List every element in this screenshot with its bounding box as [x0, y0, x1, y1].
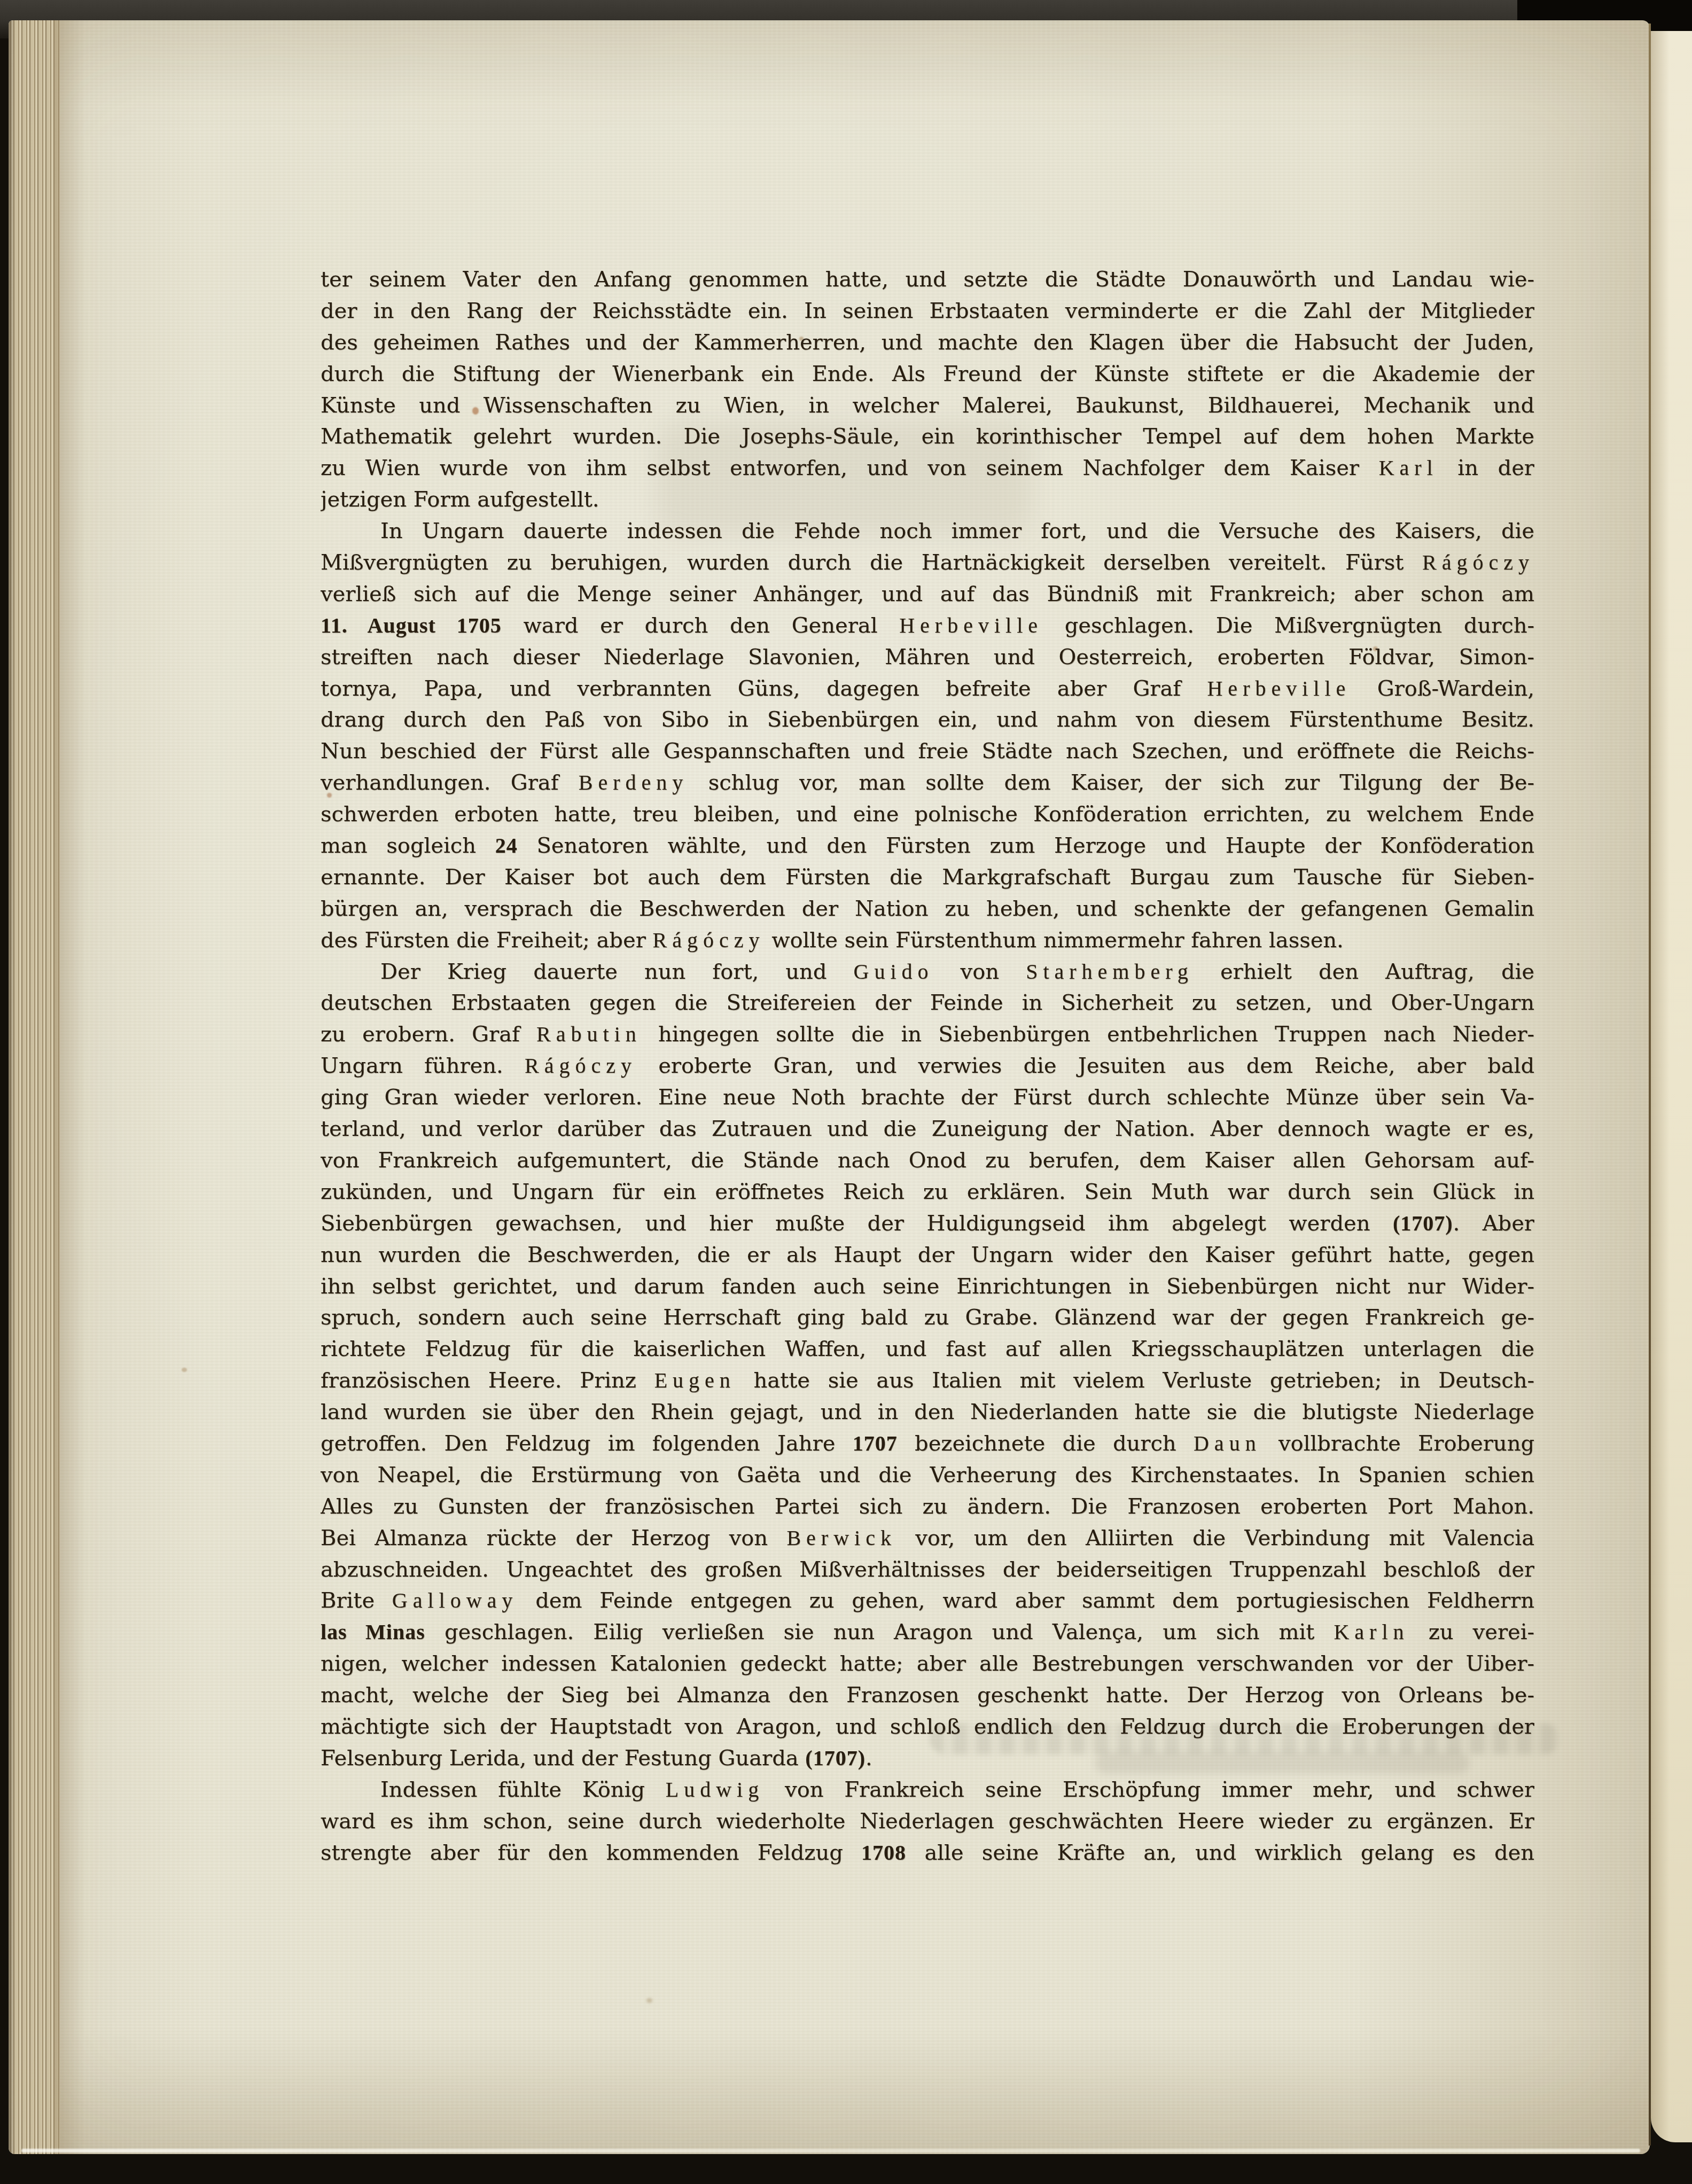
text-line: bürgen an, versprach die Beschwerden der… [321, 893, 1534, 925]
letterspaced-name: Rágóczy [652, 928, 765, 952]
text-line: ihn selbst gerichtet, und darum fanden a… [321, 1271, 1534, 1302]
letterspaced-name: Guido [854, 960, 934, 984]
letterspaced-name: Eugen [654, 1368, 736, 1392]
letterspaced-name: Ludwig [666, 1777, 764, 1801]
text-line: zu Wien wurde von ihm selbst entworfen, … [321, 453, 1534, 484]
text-line: In Ungarn dauerte indessen die Fehde noc… [321, 516, 1534, 547]
letterspaced-name: Starhemberg [1026, 960, 1194, 984]
scanned-book-photo: ter seinem Vater den Anfang genommen hat… [0, 0, 1692, 2184]
text-line: las Minas geschlagen. Eilig verließen si… [321, 1617, 1534, 1648]
text-line: des geheimen Rathes und der Kammerherren… [321, 327, 1534, 358]
text-line: des Fürsten die Freiheit; aber Rágóczy w… [321, 925, 1534, 956]
text-line: nigen, welcher indessen Katalonien gedec… [321, 1648, 1534, 1680]
text-line: tornya, Papa, und verbrannten Güns, dage… [321, 673, 1534, 705]
bottom-deckle-edge [21, 2149, 1640, 2152]
antiqua-emphasis: 1707 [853, 1431, 898, 1455]
text-line: Bei Almanza rückte der Herzog von Berwic… [321, 1523, 1534, 1554]
antiqua-emphasis: 11. August 1705 [321, 613, 502, 637]
text-line: jetzigen Form aufgestellt. [321, 484, 1534, 516]
text-line: deutschen Erbstaaten gegen die Streifere… [321, 987, 1534, 1019]
letterspaced-name: Rágóczy [525, 1054, 637, 1078]
text-line: ging Gran wieder verloren. Eine neue Not… [321, 1082, 1534, 1113]
page-text-block: ter seinem Vater den Anfang genommen hat… [321, 264, 1534, 1868]
text-line: Der Krieg dauerte nun fort, und Guido vo… [321, 956, 1534, 988]
adjacent-page-edge [1651, 31, 1692, 2142]
text-line: Mißvergnügten zu beruhigen, wurden durch… [321, 547, 1534, 579]
text-line: man sogleich 24 Senatoren wählte, und de… [321, 830, 1534, 862]
letterspaced-name: Daun [1194, 1431, 1261, 1455]
antiqua-emphasis: (1707) [805, 1746, 866, 1770]
antiqua-emphasis: las Minas [321, 1620, 425, 1644]
letterspaced-name: Herbeville [899, 613, 1043, 637]
text-line: nun wurden die Beschwerden, die er als H… [321, 1239, 1534, 1271]
text-line: französischen Heere. Prinz Eugen hatte s… [321, 1365, 1534, 1397]
text-line: Alles zu Gunsten der französischen Parte… [321, 1491, 1534, 1523]
text-line: Indessen fühlte König Ludwig von Frankre… [321, 1774, 1534, 1806]
page-edge-stack-fade [53, 20, 85, 2154]
text-line: richtete Feldzug für die kaiserlichen Wa… [321, 1333, 1534, 1365]
letterspaced-name: Rabutin [536, 1022, 642, 1046]
text-line: verhandlungen. Graf Berdeny schlug vor, … [321, 767, 1534, 799]
page-edge-stack [9, 20, 60, 2154]
text-line: spruch, sondern auch seine Herrschaft gi… [321, 1302, 1534, 1333]
text-line: land wurden sie über den Rhein gejagt, u… [321, 1397, 1534, 1428]
text-line: strengte aber für den kommenden Feldzug … [321, 1837, 1534, 1869]
text-line: ward es ihm schon, seine durch wiederhol… [321, 1806, 1534, 1837]
text-line: von Neapel, die Erstürmung von Gaëta und… [321, 1460, 1534, 1491]
text-line: Mathematik gelehrt wurden. Die Josephs-S… [321, 421, 1534, 453]
text-line: schwerden erboten hatte, treu bleiben, u… [321, 799, 1534, 830]
text-line: verließ sich auf die Menge seiner Anhäng… [321, 579, 1534, 610]
text-line: terland, und verlor darüber das Zutrauen… [321, 1113, 1534, 1145]
letterspaced-name: Berwick [786, 1526, 896, 1550]
text-line: Ungarn führen. Rágóczy eroberte Gran, un… [321, 1050, 1534, 1082]
text-line: drang durch den Paß von Sibo in Siebenbü… [321, 704, 1534, 736]
text-line: zukünden, und Ungarn für ein eröffnetes … [321, 1176, 1534, 1208]
antiqua-emphasis: 1708 [861, 1840, 906, 1865]
letterspaced-name: Rágóczy [1422, 550, 1534, 574]
text-line: zu erobern. Graf Rabutin hingegen sollte… [321, 1019, 1534, 1050]
text-line: durch die Stiftung der Wienerbank ein En… [321, 358, 1534, 390]
text-line: von Frankreich aufgemuntert, die Stände … [321, 1145, 1534, 1176]
text-line: 11. August 1705 ward er durch den Genera… [321, 610, 1534, 642]
text-line: macht, welche der Sieg bei Almanza den F… [321, 1680, 1534, 1711]
text-line: der in den Rang der Reichsstädte ein. In… [321, 295, 1534, 327]
text-line: Siebenbürgen gewachsen, und hier mußte d… [321, 1208, 1534, 1239]
antiqua-emphasis: 24 [495, 833, 518, 857]
letterspaced-name: Galloway [392, 1588, 518, 1612]
text-line: Künste und Wissenschaften zu Wien, in we… [321, 390, 1534, 422]
text-line: Nun beschied der Fürst alle Gespannschaf… [321, 736, 1534, 767]
antiqua-emphasis: (1707) [1393, 1211, 1453, 1235]
letterspaced-name: Herbeville [1207, 676, 1351, 700]
text-line: streiften nach dieser Niederlage Slavoni… [321, 642, 1534, 673]
letterspaced-name: Karl [1379, 456, 1438, 480]
text-line: Felsenburg Lerida, und der Festung Guard… [321, 1743, 1534, 1774]
text-line: Brite Galloway dem Feinde entgegen zu ge… [321, 1585, 1534, 1617]
text-line: getroffen. Den Feldzug im folgenden Jahr… [321, 1428, 1534, 1460]
text-line: ernannte. Der Kaiser bot auch dem Fürste… [321, 862, 1534, 893]
text-line: mächtigte sich der Hauptstadt von Aragon… [321, 1711, 1534, 1743]
letterspaced-name: Berdeny [579, 770, 689, 794]
text-line: ter seinem Vater den Anfang genommen hat… [321, 264, 1534, 295]
letterspaced-name: Karln [1334, 1620, 1409, 1644]
text-line: abzuschneiden. Ungeachtet des großen Miß… [321, 1554, 1534, 1586]
